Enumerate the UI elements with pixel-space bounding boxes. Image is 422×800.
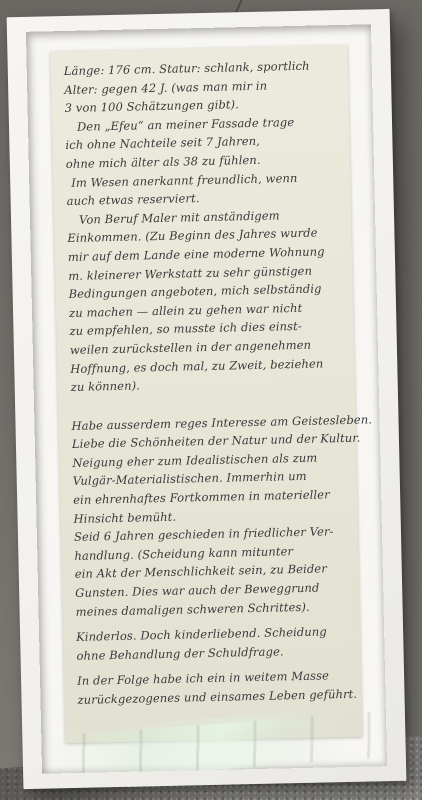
picture-frame: Länge: 176 cm. Statur: schlank, sportlic… <box>7 9 407 789</box>
frame-mat: Länge: 176 cm. Statur: schlank, sportlic… <box>26 24 387 773</box>
frame-glass: Länge: 176 cm. Statur: schlank, sportlic… <box>26 24 387 773</box>
wall-background: Länge: 176 cm. Statur: schlank, sportlic… <box>0 0 422 800</box>
letter-paper: Länge: 176 cm. Statur: schlank, sportlic… <box>50 45 362 743</box>
